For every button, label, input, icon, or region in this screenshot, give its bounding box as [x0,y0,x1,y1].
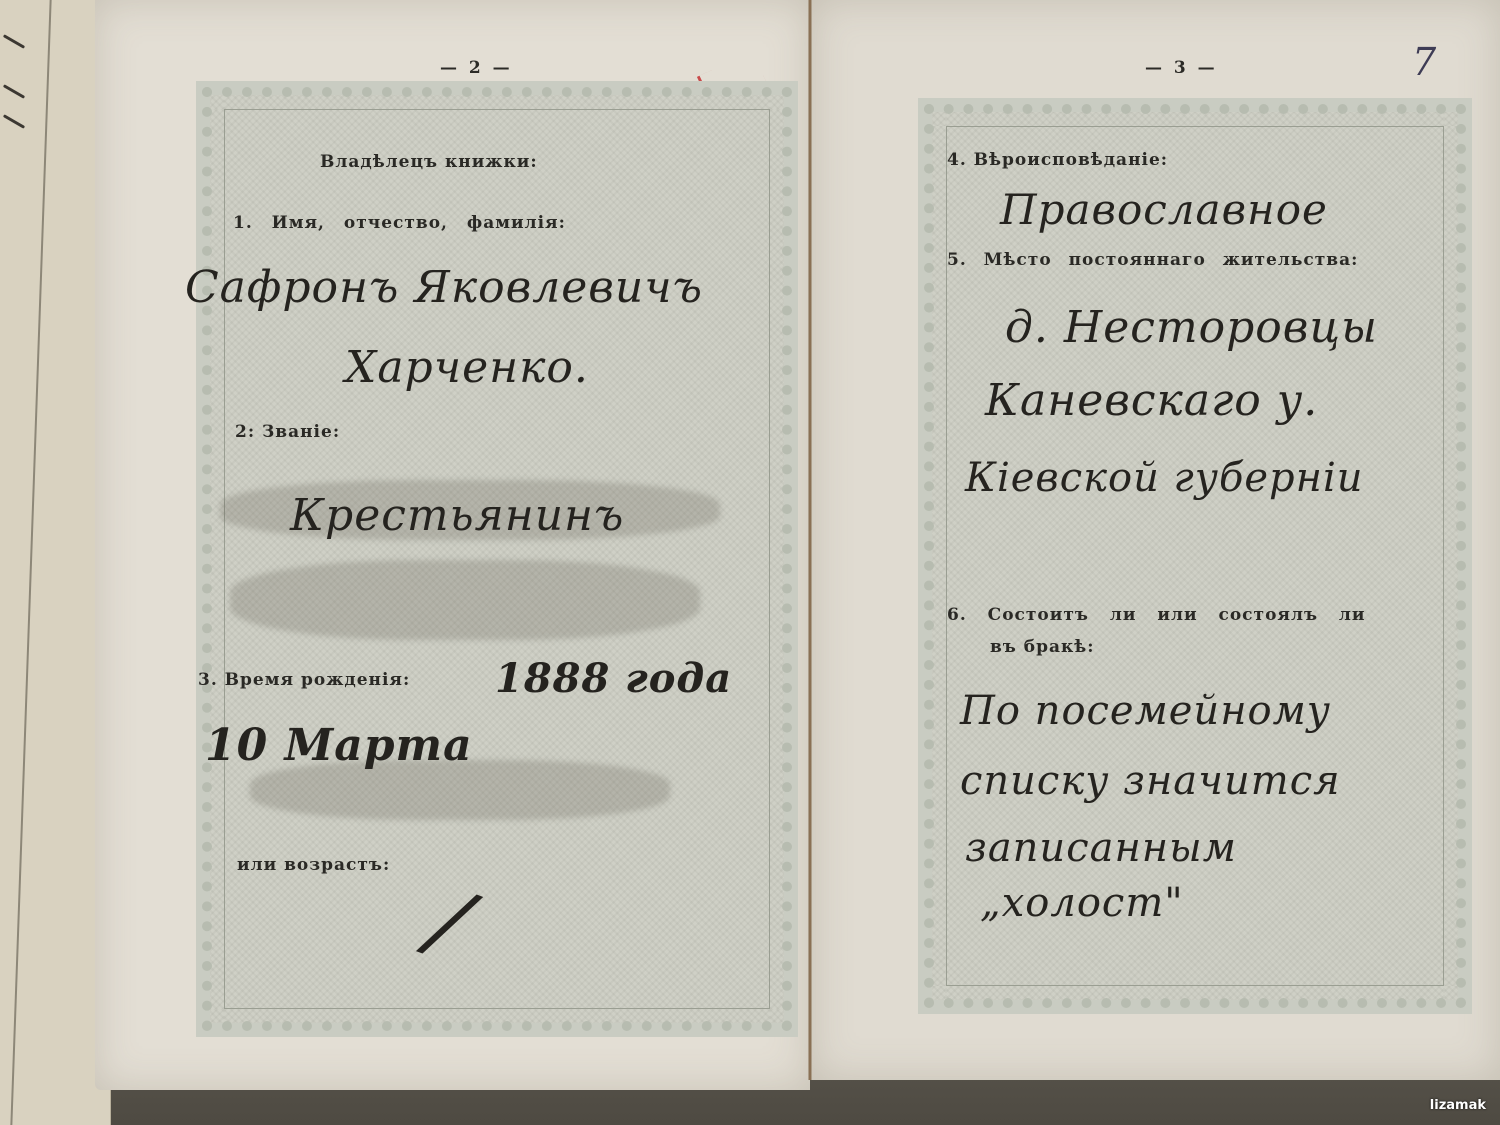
field-marriage-line4: „холост" [980,880,1184,926]
page-number-left: — 2 — [440,58,513,78]
field-religion-label: 4. Вѣроисповѣданіе: [947,150,1168,170]
ledger-rule [10,0,51,1125]
field-status-label: 2: Званіе: [235,422,340,442]
field-name-value-line2: Харченко. [345,342,589,393]
field-religion-value: Православное [1000,185,1328,234]
corner-pencil-number: 7 [1412,40,1436,84]
field-residence-line1: д. Несторовцы [1005,302,1378,353]
owner-heading: Владѣлецъ книжки: [320,152,538,172]
ledger-scribble [3,34,25,49]
field-residence-label: 5. Мѣсто постояннаго жительства: [947,250,1358,270]
field-residence-line3: Кіевской губерніи [965,455,1364,501]
field-marriage-label-line2: въ бракѣ: [990,637,1095,657]
field-marriage-line2: списку значится [960,758,1341,804]
field-birth-year: 1888 года [495,655,732,702]
field-name-label: 1. Имя, отчество, фамилія: [233,213,566,233]
field-name-value-line1: Сафронъ Яковлевичъ [185,262,703,313]
watermark: lizamak [1430,1098,1486,1113]
field-birth-date: 10 Марта [205,720,473,771]
field-residence-line2: Каневскаго у. [985,375,1318,426]
field-marriage-label-line1: 6. Состоитъ ли или состоялъ ли [947,605,1366,625]
ledger-scribble [3,84,25,99]
ink-smudge [230,560,700,640]
binding-spine [808,0,812,1080]
guilloche-frame-left [210,95,784,1023]
field-age-label: или возрастъ: [237,855,390,875]
page-number-right: — 3 — [1145,58,1218,78]
field-marriage-line1: По посемейному [960,688,1331,734]
field-birth-label: 3. Время рожденія: [198,670,410,690]
field-marriage-line3: записанным [965,825,1237,871]
field-status-value: Крестьянинъ [290,490,624,541]
ledger-scribble [3,114,25,129]
